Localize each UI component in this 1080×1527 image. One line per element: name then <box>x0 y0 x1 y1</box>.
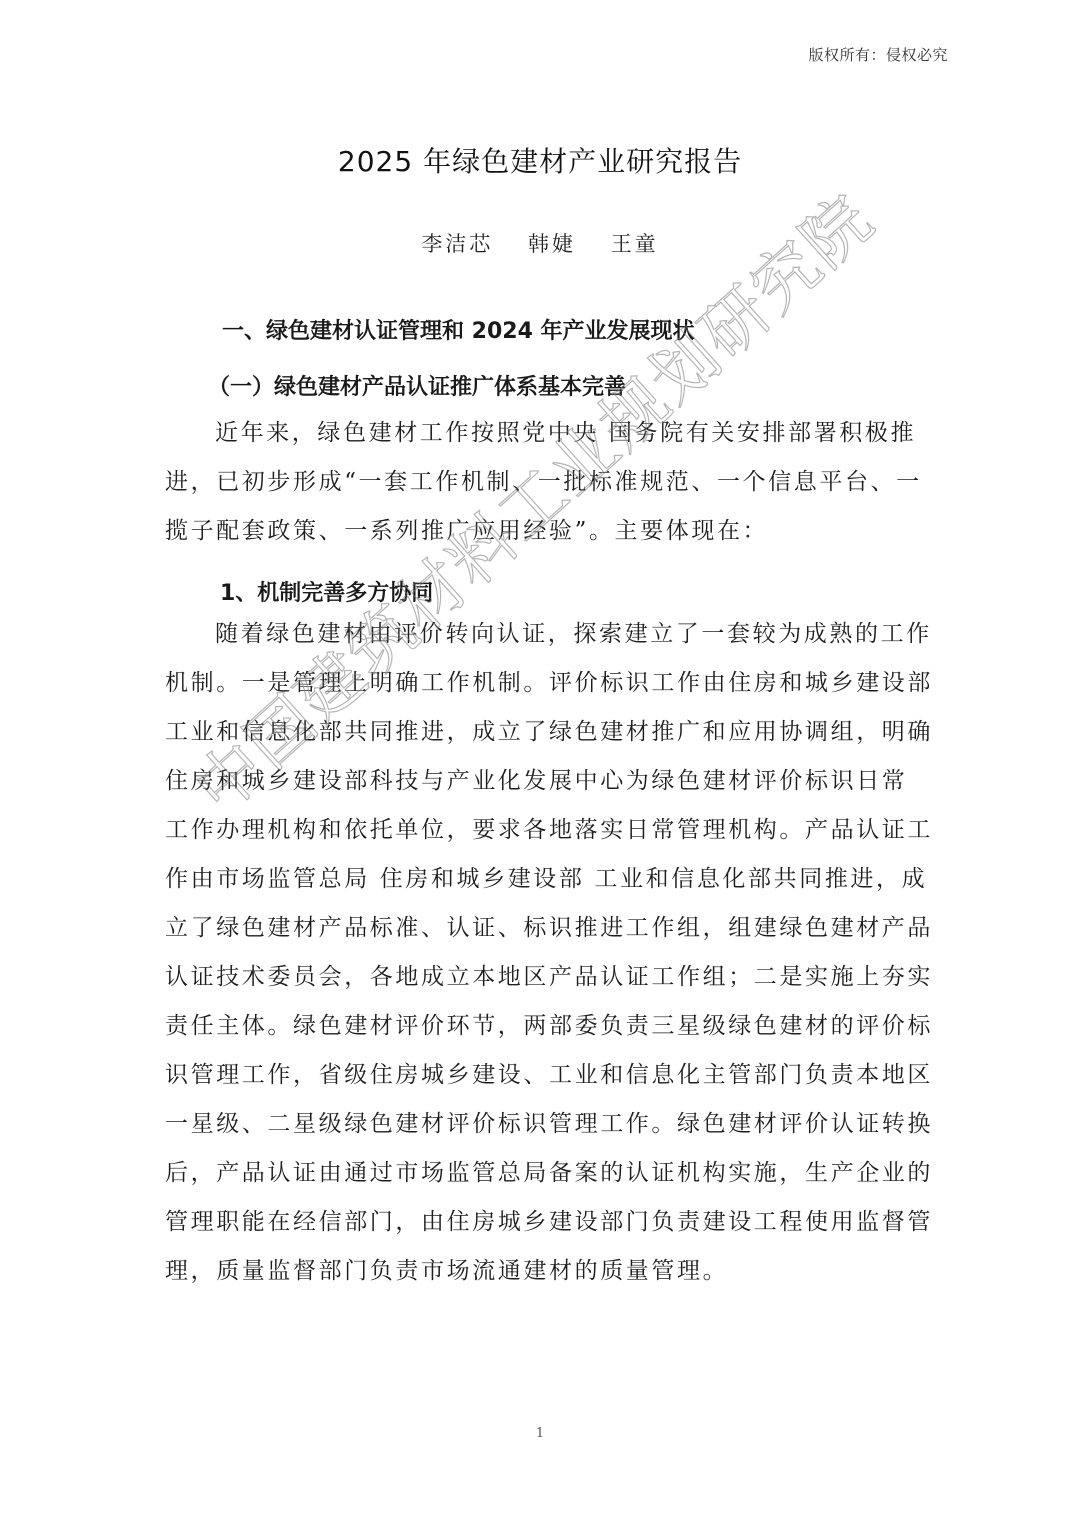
paragraph-line: 机制。一是管理上明确工作机制。评价标识工作由住房和城乡建设部 <box>165 659 917 708</box>
document-title: 2025 年绿色建材产业研究报告 <box>0 140 1080 180</box>
author-name: 王童 <box>611 232 659 256</box>
copyright-notice: 版权所有：侵权必究 <box>808 44 948 65</box>
paragraph-line: 理，质量监督部门负责市场流通建材的质量管理。 <box>165 1247 917 1296</box>
paragraph-line: 住房和城乡建设部科技与产业化发展中心为绿色建材评价标识日常 <box>165 757 917 806</box>
paragraph-line: 后，产品认证由通过市场监管总局备案的认证机构实施，生产企业的 <box>165 1149 917 1198</box>
paragraph-line: 立了绿色建材产品标准、认证、标识推进工作组，组建绿色建材产品 <box>165 904 917 953</box>
document-page: 版权所有：侵权必究 2025 年绿色建材产业研究报告 李洁芯 韩婕 王童 一、绿… <box>0 0 1080 1527</box>
page-number: 1 <box>0 1426 1080 1441</box>
author-name: 韩婕 <box>528 232 576 256</box>
author-name: 李洁芯 <box>421 232 493 256</box>
body-paragraph: 近年来，绿色建材工作按照党中央 国务院有关安排部署积极推 进，已初步形成“一套工… <box>165 409 917 556</box>
paragraph-line: 认证技术委员会，各地成立本地区产品认证工作组；二是实施上夯实 <box>165 953 917 1002</box>
paragraph-line: 揽子配套政策、一系列推广应用经验”。主要体现在： <box>165 507 917 556</box>
subsection-heading: （一）绿色建材产品认证推广体系基本完善 <box>208 370 626 401</box>
paragraph-line: 工业和信息化部共同推进，成立了绿色建材推广和应用协调组，明确 <box>165 708 917 757</box>
body-paragraph: 随着绿色建材由评价转向认证，探索建立了一套较为成熟的工作 机制。一是管理上明确工… <box>165 610 917 1296</box>
paragraph-line: 责任主体。绿色建材评价环节，两部委负责三星级绿色建材的评价标 <box>165 1002 917 1051</box>
section-heading: 一、绿色建材认证管理和 2024 年产业发展现状 <box>222 314 695 345</box>
paragraph-line: 进，已初步形成“一套工作机制、一批标准规范、一个信息平台、一 <box>165 458 917 507</box>
paragraph-line: 管理职能在经信部门，由住房城乡建设部门负责建设工程使用监督管 <box>165 1198 917 1247</box>
paragraph-line: 一星级、二星级绿色建材评价标识管理工作。绿色建材评价认证转换 <box>165 1100 917 1149</box>
paragraph-line: 工作办理机构和依托单位，要求各地落实日常管理机构。产品认证工 <box>165 806 917 855</box>
author-list: 李洁芯 韩婕 王童 <box>0 228 1080 258</box>
paragraph-line: 随着绿色建材由评价转向认证，探索建立了一套较为成熟的工作 <box>165 610 917 659</box>
point-heading: 1、机制完善多方协同 <box>220 576 433 607</box>
paragraph-line: 近年来，绿色建材工作按照党中央 国务院有关安排部署积极推 <box>165 409 917 458</box>
paragraph-line: 作由市场监管总局 住房和城乡建设部 工业和信息化部共同推进，成 <box>165 855 917 904</box>
paragraph-line: 识管理工作，省级住房城乡建设、工业和信息化主管部门负责本地区 <box>165 1051 917 1100</box>
